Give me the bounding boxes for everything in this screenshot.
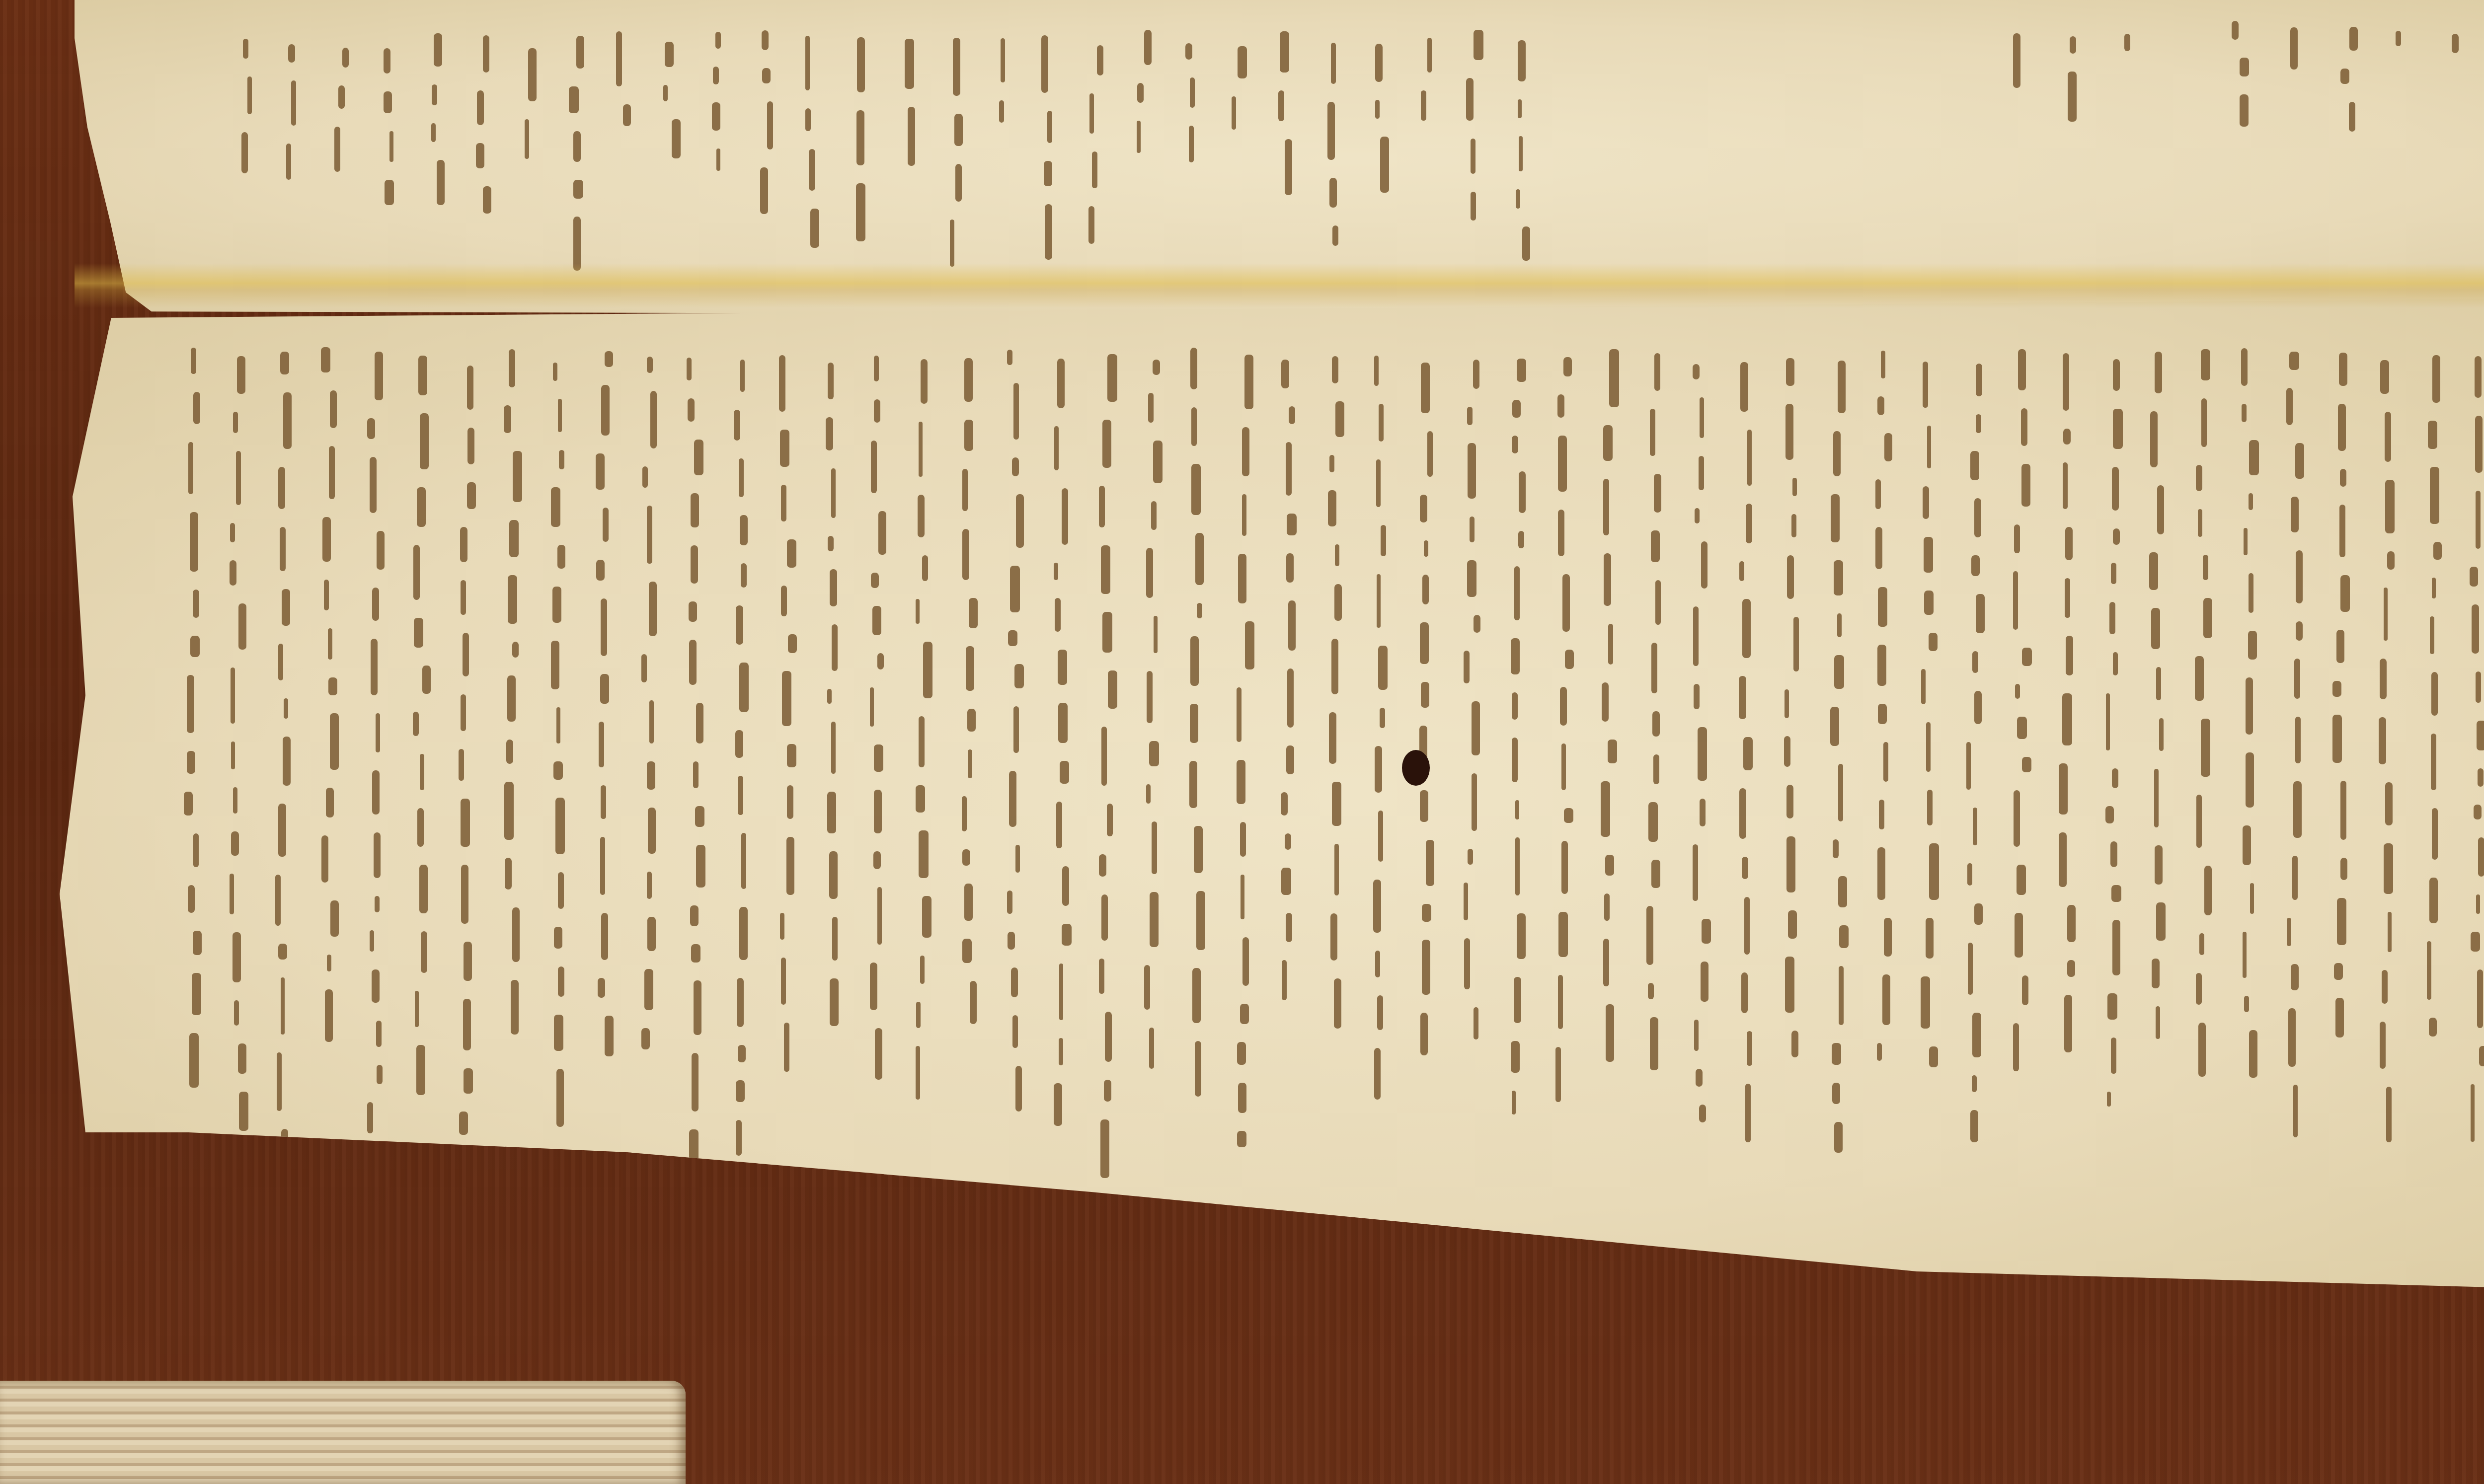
handwritten-line xyxy=(275,343,292,1176)
handwritten-line xyxy=(778,346,797,1081)
handwritten-line xyxy=(2332,344,2350,1046)
handwritten-line xyxy=(1509,350,1526,1123)
handwritten-line xyxy=(1418,29,1432,130)
handwritten-line xyxy=(1277,22,1292,204)
lower-manuscript-leaf xyxy=(60,298,2484,1291)
handwritten-line xyxy=(1921,353,1939,1076)
handwritten-line xyxy=(333,39,349,181)
fold-stain xyxy=(75,263,2484,308)
handwritten-line xyxy=(1829,352,1849,1161)
handwritten-line xyxy=(1189,339,1205,1106)
handwritten-line xyxy=(2012,340,2032,1080)
handwritten-line xyxy=(710,23,721,180)
handwritten-line xyxy=(2286,343,2304,1146)
handwritten-line xyxy=(367,343,385,1142)
handwritten-line xyxy=(569,27,584,279)
handwritten-line xyxy=(286,35,296,189)
handwritten-line xyxy=(758,21,773,223)
handwritten-line xyxy=(1324,34,1338,255)
handwritten-line xyxy=(2149,343,2166,1048)
handwritten-line xyxy=(1464,351,1480,1048)
handwritten-line xyxy=(1041,26,1052,269)
handwritten-line xyxy=(1372,347,1388,1109)
handwritten-line xyxy=(2012,24,2020,97)
handwritten-line xyxy=(1601,340,1619,1071)
handwritten-line xyxy=(852,28,865,251)
handwritten-line xyxy=(899,30,915,175)
handwritten-line xyxy=(230,347,248,1140)
handwritten-line xyxy=(2231,12,2249,136)
handwritten-line xyxy=(1646,344,1661,1079)
handwritten-line xyxy=(824,354,839,1035)
handwritten-line xyxy=(1513,31,1530,270)
handwritten-line xyxy=(321,338,339,1051)
handwritten-line xyxy=(549,354,565,1136)
handwritten-line xyxy=(427,24,445,214)
handwritten-line xyxy=(2469,347,2484,1151)
handwritten-line xyxy=(1098,345,1117,1187)
handwritten-line xyxy=(1135,21,1152,162)
handwritten-line xyxy=(2395,22,2401,55)
handwritten-line xyxy=(1418,354,1434,1064)
handwritten-line xyxy=(1144,351,1163,1078)
handwritten-line xyxy=(412,347,431,1104)
handwritten-line xyxy=(504,340,522,1043)
handwritten-line xyxy=(915,350,932,1109)
handwritten-line xyxy=(616,22,631,135)
handwritten-line xyxy=(2121,25,2130,61)
handwritten-line xyxy=(2058,344,2076,1061)
handwritten-line xyxy=(2195,340,2212,1086)
handwritten-line xyxy=(1235,346,1254,1156)
handwritten-line xyxy=(184,339,202,1097)
handwritten-line xyxy=(1281,351,1297,1009)
handwritten-line xyxy=(2378,351,2395,1151)
handwritten-line xyxy=(2241,339,2259,1087)
handwritten-line xyxy=(522,39,537,168)
handwritten-line xyxy=(1784,349,1799,1066)
handwritten-line xyxy=(1230,37,1247,138)
handwritten-line xyxy=(2103,350,2123,1115)
handwritten-line xyxy=(994,29,1005,132)
handwritten-line xyxy=(1088,36,1103,253)
handwritten-line xyxy=(1326,347,1344,1038)
handwritten-line xyxy=(1692,355,1711,1131)
handwritten-line xyxy=(732,351,749,1165)
handwritten-line xyxy=(1555,348,1574,1111)
handwritten-line xyxy=(458,357,476,1144)
handwritten-line xyxy=(687,349,705,1187)
handwritten-line xyxy=(474,26,491,223)
handwritten-line xyxy=(595,342,614,1065)
handwritten-line xyxy=(1052,350,1072,1134)
handwritten-line xyxy=(1182,34,1195,171)
handwritten-line xyxy=(2423,346,2442,1046)
handwritten-line xyxy=(869,347,886,1089)
paper-hole xyxy=(1402,750,1430,786)
handwritten-line xyxy=(2285,18,2298,79)
handwritten-line xyxy=(1966,355,1985,1151)
handwritten-line xyxy=(380,39,394,214)
handwritten-line xyxy=(1875,342,1892,1070)
book-corner xyxy=(0,1381,686,1484)
handwritten-line xyxy=(946,29,963,276)
handwritten-line xyxy=(1371,35,1389,202)
handwritten-line xyxy=(663,33,681,167)
handwritten-line xyxy=(805,27,819,257)
handwritten-line xyxy=(1466,21,1483,229)
handwritten-line xyxy=(1738,353,1753,1151)
handwritten-line xyxy=(961,349,978,1033)
handwritten-line xyxy=(1007,341,1024,1120)
handwritten-line xyxy=(238,30,252,182)
handwritten-line xyxy=(641,348,657,1059)
handwritten-line xyxy=(2449,25,2459,63)
handwritten-line xyxy=(2067,27,2077,130)
handwritten-line xyxy=(2340,18,2358,141)
